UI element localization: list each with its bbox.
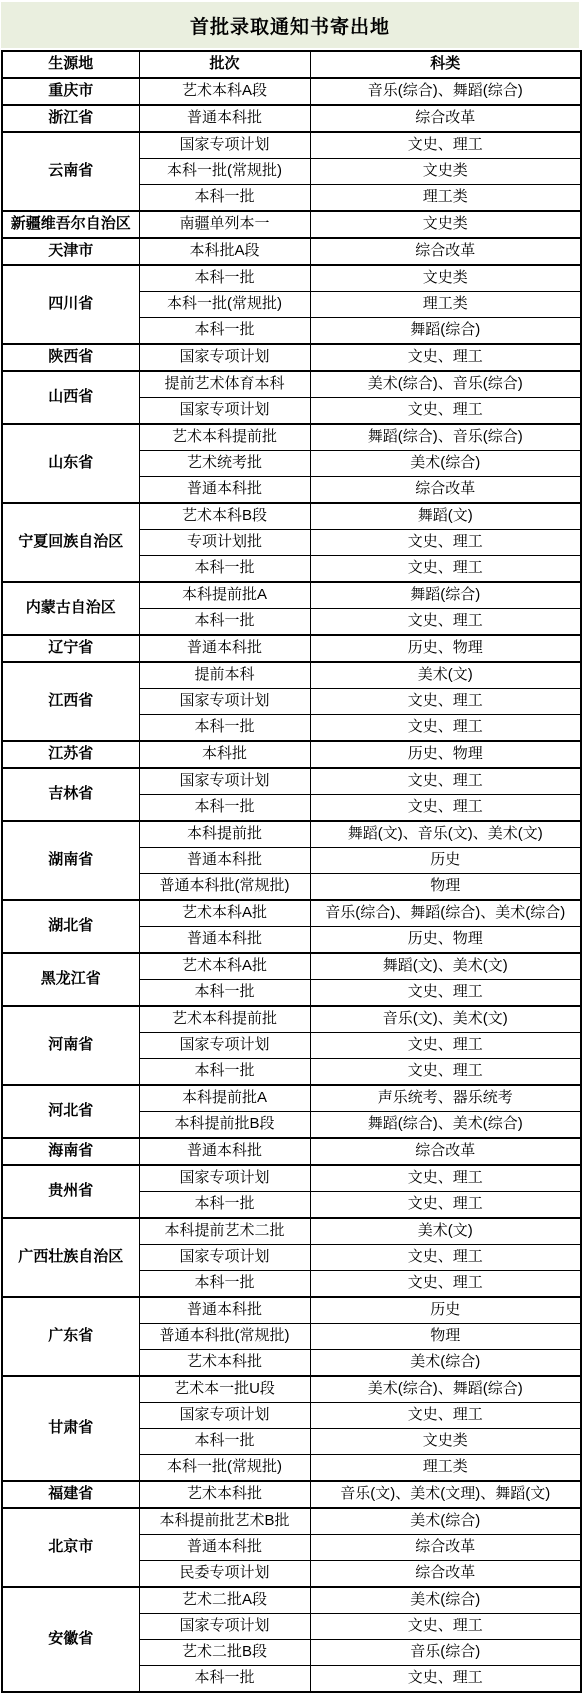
batch-cell: 本科一批 (139, 1429, 310, 1455)
batch-cell: 普通本科批 (139, 927, 310, 954)
category-cell: 理工类 (310, 185, 581, 212)
batch-cell: 普通本科批 (139, 1297, 310, 1324)
province-cell: 北京市 (2, 1508, 139, 1587)
category-cell: 美术(综合)、舞蹈(综合) (310, 1376, 581, 1403)
province-cell: 四川省 (2, 265, 139, 344)
category-cell: 文史、理工 (310, 1614, 581, 1640)
column-header-origin: 生源地 (2, 51, 139, 78)
category-cell: 美术(综合)、音乐(综合) (310, 371, 581, 398)
batch-cell: 本科批A段 (139, 238, 310, 265)
category-cell: 历史、物理 (310, 927, 581, 954)
page-title: 首批录取通知书寄出地 (1, 2, 579, 48)
batch-cell: 专项计划批 (139, 530, 310, 556)
category-cell: 文史、理工 (310, 768, 581, 795)
batch-cell: 艺术本科A批 (139, 953, 310, 980)
province-cell: 山西省 (2, 371, 139, 424)
table-row: 山东省艺术本科提前批舞蹈(综合)、音乐(综合) (2, 424, 581, 451)
batch-cell: 本科一批 (139, 795, 310, 822)
column-header-category: 科类 (310, 51, 581, 78)
table-row: 浙江省普通本科批综合改革 (2, 105, 581, 132)
province-cell: 贵州省 (2, 1165, 139, 1218)
category-cell: 物理 (310, 874, 581, 901)
batch-cell: 艺术二批A段 (139, 1587, 310, 1614)
province-cell: 新疆维吾尔自治区 (2, 211, 139, 238)
table-row: 黑龙江省艺术本科A批舞蹈(文)、美术(文) (2, 953, 581, 980)
province-cell: 广西壮族自治区 (2, 1218, 139, 1297)
category-cell: 舞蹈(综合)、美术(综合) (310, 1112, 581, 1139)
table-row: 辽宁省普通本科批历史、物理 (2, 635, 581, 662)
category-cell: 文史、理工 (310, 689, 581, 715)
batch-cell: 本科批 (139, 741, 310, 768)
category-cell: 文史类 (310, 1429, 581, 1455)
province-cell: 吉林省 (2, 768, 139, 821)
batch-cell: 本科一批 (139, 318, 310, 345)
batch-cell: 国家专项计划 (139, 768, 310, 795)
table-row: 河北省本科提前批A声乐统考、器乐统考 (2, 1085, 581, 1112)
category-cell: 历史 (310, 1297, 581, 1324)
batch-cell: 本科提前批B段 (139, 1112, 310, 1139)
batch-cell: 艺术本科A批 (139, 900, 310, 927)
batch-cell: 本科一批(常规批) (139, 159, 310, 185)
category-cell: 文史、理工 (310, 1271, 581, 1298)
batch-cell: 本科提前批艺术B批 (139, 1508, 310, 1535)
category-cell: 文史类 (310, 211, 581, 238)
batch-cell: 国家专项计划 (139, 398, 310, 425)
batch-cell: 艺术本科提前批 (139, 424, 310, 451)
province-cell: 重庆市 (2, 78, 139, 105)
category-cell: 美术(综合) (310, 1587, 581, 1614)
category-cell: 综合改革 (310, 477, 581, 504)
province-cell: 宁夏回族自治区 (2, 503, 139, 582)
batch-cell: 国家专项计划 (139, 1614, 310, 1640)
category-cell: 综合改革 (310, 1535, 581, 1561)
batch-cell: 普通本科批 (139, 635, 310, 662)
province-cell: 山东省 (2, 424, 139, 503)
province-cell: 江西省 (2, 662, 139, 741)
batch-cell: 国家专项计划 (139, 1033, 310, 1059)
batch-cell: 普通本科批(常规批) (139, 874, 310, 901)
table-row: 云南省国家专项计划文史、理工 (2, 132, 581, 159)
category-cell: 文史、理工 (310, 795, 581, 822)
category-cell: 文史、理工 (310, 980, 581, 1007)
category-cell: 美术(综合) (310, 1350, 581, 1377)
category-cell: 文史、理工 (310, 344, 581, 371)
category-cell: 综合改革 (310, 1561, 581, 1588)
category-cell: 音乐(文)、美术(文) (310, 1006, 581, 1033)
batch-cell: 普通本科批(常规批) (139, 1324, 310, 1350)
batch-cell: 国家专项计划 (139, 1403, 310, 1429)
category-cell: 美术(综合) (310, 451, 581, 477)
category-cell: 文史、理工 (310, 1666, 581, 1693)
table-row: 广东省普通本科批历史 (2, 1297, 581, 1324)
table-row: 广西壮族自治区本科提前艺术二批美术(文) (2, 1218, 581, 1245)
table-row: 福建省艺术本科批音乐(文)、美术(文理)、舞蹈(文) (2, 1481, 581, 1508)
table-row: 新疆维吾尔自治区南疆单列本一文史类 (2, 211, 581, 238)
category-cell: 文史、理工 (310, 556, 581, 583)
table-row: 四川省本科一批文史类 (2, 265, 581, 292)
category-cell: 文史、理工 (310, 1165, 581, 1192)
batch-cell: 国家专项计划 (139, 1245, 310, 1271)
category-cell: 声乐统考、器乐统考 (310, 1085, 581, 1112)
category-cell: 舞蹈(综合)、音乐(综合) (310, 424, 581, 451)
category-cell: 音乐(文)、美术(文理)、舞蹈(文) (310, 1481, 581, 1508)
batch-cell: 本科提前批 (139, 821, 310, 848)
batch-cell: 国家专项计划 (139, 1165, 310, 1192)
category-cell: 音乐(综合) (310, 1640, 581, 1666)
province-cell: 内蒙古自治区 (2, 582, 139, 635)
category-cell: 文史、理工 (310, 530, 581, 556)
province-cell: 浙江省 (2, 105, 139, 132)
table-body: 重庆市艺术本科A段音乐(综合)、舞蹈(综合)浙江省普通本科批综合改革云南省国家专… (2, 78, 581, 1692)
category-cell: 美术(文) (310, 1218, 581, 1245)
category-cell: 文史类 (310, 265, 581, 292)
table-row: 甘肃省艺术本一批U段美术(综合)、舞蹈(综合) (2, 1376, 581, 1403)
category-cell: 文史、理工 (310, 715, 581, 742)
batch-cell: 南疆单列本一 (139, 211, 310, 238)
batch-cell: 民委专项计划 (139, 1561, 310, 1588)
province-cell: 河南省 (2, 1006, 139, 1085)
category-cell: 文史类 (310, 159, 581, 185)
batch-cell: 本科一批(常规批) (139, 292, 310, 318)
batch-cell: 本科一批 (139, 1059, 310, 1086)
province-cell: 黑龙江省 (2, 953, 139, 1006)
table-row: 海南省普通本科批综合改革 (2, 1138, 581, 1165)
province-cell: 湖南省 (2, 821, 139, 900)
batch-cell: 艺术二批B段 (139, 1640, 310, 1666)
category-cell: 舞蹈(文)、美术(文) (310, 953, 581, 980)
table-row: 重庆市艺术本科A段音乐(综合)、舞蹈(综合) (2, 78, 581, 105)
batch-cell: 提前本科 (139, 662, 310, 689)
category-cell: 文史、理工 (310, 1033, 581, 1059)
category-cell: 舞蹈(文) (310, 503, 581, 530)
category-cell: 文史、理工 (310, 1059, 581, 1086)
batch-cell: 提前艺术体育本科 (139, 371, 310, 398)
table-row: 内蒙古自治区本科提前批A舞蹈(综合) (2, 582, 581, 609)
province-cell: 甘肃省 (2, 1376, 139, 1481)
batch-cell: 本科一批 (139, 1192, 310, 1219)
province-cell: 海南省 (2, 1138, 139, 1165)
batch-cell: 普通本科批 (139, 1138, 310, 1165)
category-cell: 物理 (310, 1324, 581, 1350)
category-cell: 舞蹈(文)、音乐(文)、美术(文) (310, 821, 581, 848)
batch-cell: 本科提前批A (139, 1085, 310, 1112)
header-row: 生源地 批次 科类 (2, 51, 581, 78)
category-cell: 历史、物理 (310, 741, 581, 768)
batch-cell: 本科一批 (139, 609, 310, 636)
province-cell: 陕西省 (2, 344, 139, 371)
batch-cell: 本科一批 (139, 1666, 310, 1693)
batch-cell: 本科一批 (139, 980, 310, 1007)
category-cell: 舞蹈(综合) (310, 318, 581, 345)
category-cell: 理工类 (310, 1455, 581, 1482)
category-cell: 文史、理工 (310, 1192, 581, 1219)
batch-cell: 普通本科批 (139, 1535, 310, 1561)
province-cell: 云南省 (2, 132, 139, 211)
province-cell: 湖北省 (2, 900, 139, 953)
category-cell: 文史、理工 (310, 1403, 581, 1429)
table-row: 安徽省艺术二批A段美术(综合) (2, 1587, 581, 1614)
category-cell: 历史、物理 (310, 635, 581, 662)
province-cell: 河北省 (2, 1085, 139, 1138)
table-row: 宁夏回族自治区艺术本科B段舞蹈(文) (2, 503, 581, 530)
batch-cell: 本科提前艺术二批 (139, 1218, 310, 1245)
table-row: 江西省提前本科美术(文) (2, 662, 581, 689)
province-cell: 福建省 (2, 1481, 139, 1508)
category-cell: 舞蹈(综合) (310, 582, 581, 609)
batch-cell: 国家专项计划 (139, 344, 310, 371)
column-header-batch: 批次 (139, 51, 310, 78)
batch-cell: 艺术本一批U段 (139, 1376, 310, 1403)
category-cell: 理工类 (310, 292, 581, 318)
table-row: 陕西省国家专项计划文史、理工 (2, 344, 581, 371)
batch-cell: 本科一批 (139, 715, 310, 742)
batch-cell: 艺术本科提前批 (139, 1006, 310, 1033)
batch-cell: 艺术本科B段 (139, 503, 310, 530)
batch-cell: 普通本科批 (139, 105, 310, 132)
sheet: 首批录取通知书寄出地 生源地 批次 科类 重庆市艺术本科A段音乐(综合)、舞蹈(… (0, 0, 583, 1693)
batch-cell: 本科一批 (139, 1271, 310, 1298)
table-row: 北京市本科提前批艺术B批美术(综合) (2, 1508, 581, 1535)
table-row: 贵州省国家专项计划文史、理工 (2, 1165, 581, 1192)
category-cell: 综合改革 (310, 238, 581, 265)
category-cell: 音乐(综合)、舞蹈(综合)、美术(综合) (310, 900, 581, 927)
table-row: 天津市本科批A段综合改革 (2, 238, 581, 265)
table-row: 江苏省本科批历史、物理 (2, 741, 581, 768)
table-row: 湖北省艺术本科A批音乐(综合)、舞蹈(综合)、美术(综合) (2, 900, 581, 927)
batch-cell: 艺术本科批 (139, 1350, 310, 1377)
batch-cell: 普通本科批 (139, 848, 310, 874)
batch-cell: 国家专项计划 (139, 689, 310, 715)
category-cell: 美术(文) (310, 662, 581, 689)
province-cell: 广东省 (2, 1297, 139, 1376)
batch-cell: 艺术本科A段 (139, 78, 310, 105)
category-cell: 文史、理工 (310, 398, 581, 425)
category-cell: 文史、理工 (310, 132, 581, 159)
province-cell: 江苏省 (2, 741, 139, 768)
category-cell: 美术(综合) (310, 1508, 581, 1535)
category-cell: 音乐(综合)、舞蹈(综合) (310, 78, 581, 105)
province-cell: 天津市 (2, 238, 139, 265)
admission-notice-table: 生源地 批次 科类 重庆市艺术本科A段音乐(综合)、舞蹈(综合)浙江省普通本科批… (1, 50, 582, 1693)
category-cell: 历史 (310, 848, 581, 874)
category-cell: 文史、理工 (310, 1245, 581, 1271)
province-cell: 辽宁省 (2, 635, 139, 662)
batch-cell: 本科一批 (139, 185, 310, 212)
category-cell: 综合改革 (310, 1138, 581, 1165)
batch-cell: 艺术本科批 (139, 1481, 310, 1508)
batch-cell: 本科一批 (139, 265, 310, 292)
batch-cell: 本科一批 (139, 556, 310, 583)
province-cell: 安徽省 (2, 1587, 139, 1692)
table-row: 吉林省国家专项计划文史、理工 (2, 768, 581, 795)
batch-cell: 本科提前批A (139, 582, 310, 609)
batch-cell: 本科一批(常规批) (139, 1455, 310, 1482)
category-cell: 文史、理工 (310, 609, 581, 636)
batch-cell: 艺术统考批 (139, 451, 310, 477)
batch-cell: 国家专项计划 (139, 132, 310, 159)
table-row: 湖南省本科提前批舞蹈(文)、音乐(文)、美术(文) (2, 821, 581, 848)
table-row: 山西省提前艺术体育本科美术(综合)、音乐(综合) (2, 371, 581, 398)
table-row: 河南省艺术本科提前批音乐(文)、美术(文) (2, 1006, 581, 1033)
batch-cell: 普通本科批 (139, 477, 310, 504)
category-cell: 综合改革 (310, 105, 581, 132)
